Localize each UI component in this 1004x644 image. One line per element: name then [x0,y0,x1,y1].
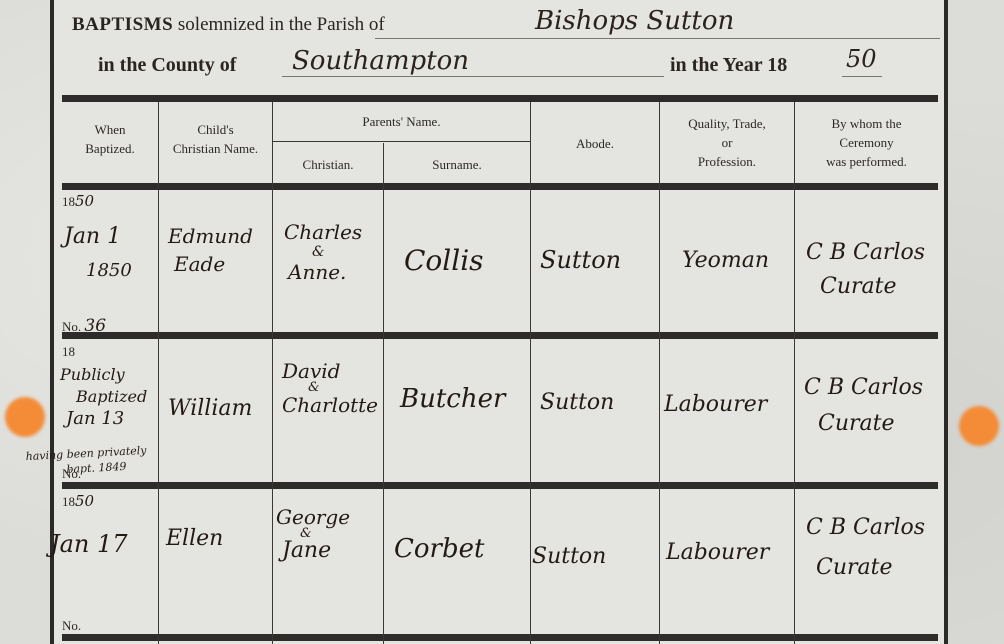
parents-divider [272,141,530,142]
entry-1-parents-christian: Charles & Anne. [284,222,362,282]
baptisms-label: BAPTISMS [72,14,173,35]
header-abode: Abode. [531,134,659,153]
entry-2-surname: Butcher [400,384,505,414]
year-label: in the Year 18 [670,54,787,76]
entry-3-surname: Corbet [394,534,484,564]
entry-1-abode: Sutton [540,246,621,274]
right-orange-marker [959,406,999,446]
entry-2-child-name: William [168,396,252,421]
col-divider-3 [383,143,384,644]
rule-top [62,95,938,102]
rule-entry-2 [62,482,938,489]
year-field: 50 [842,46,882,77]
entry-3-number: No. [62,618,81,634]
heading-line-2: in the County of [98,54,236,77]
entry-2-parents-christian: David & Charlotte [282,360,378,416]
header-by-whom: By whom the Ceremony was performed. [795,114,938,171]
entry-1-year: 1850 [62,192,94,210]
entry-2-date: Publicly Baptized Jan 13 [60,364,147,430]
entry-3-quality: Labourer [666,540,769,565]
county-label: in the County of [98,54,236,76]
entry-2-quality: Labourer [664,392,767,417]
parish-field: Bishops Sutton [375,6,940,39]
entry-1-number: No. 36 [62,316,106,336]
header-parents-surname: Surname. [384,155,530,174]
county-value: Southampton [292,48,469,74]
entry-1-date: Jan 1 1850 [64,220,132,288]
entry-2-note: having been privately bapt. 1849 [25,443,147,479]
col-divider-4 [530,102,531,644]
header-when: When Baptized. [62,120,158,158]
header-quality: Quality, Trade, or Profession. [660,114,794,171]
entry-1-surname: Collis [404,244,484,277]
left-orange-marker [5,397,45,437]
entry-3-parents-christian: George & Jane [276,506,350,562]
year-label-wrap: in the Year 18 [670,54,787,77]
entry-2-abode: Sutton [540,390,614,415]
entry-2-year: 18 [62,344,75,360]
entry-3-year: 1850 [62,492,94,510]
col-divider-1 [158,102,159,644]
header-parents: Parents' Name. [273,112,530,131]
entry-1-officiant: C B Carlos Curate [806,236,925,304]
entry-1-quality: Yeoman [682,248,769,273]
entry-2-officiant: C B Carlos Curate [804,370,923,442]
solemnized-text: solemnized in the Parish of [178,14,385,35]
entry-3-date: Jan 17 [50,530,128,558]
rule-entry-1 [62,332,938,339]
col-divider-5 [659,102,660,644]
entry-3-child-name: Ellen [166,526,223,551]
entry-2-number: No. [62,466,81,482]
rule-entry-3 [62,634,938,641]
header-child-name: Child's Christian Name. [159,120,272,158]
col-divider-6 [794,102,795,644]
entry-1-child-name: Edmund Eade [168,222,253,278]
rule-header-bottom [62,183,938,190]
parish-value: Bishops Sutton [535,8,734,34]
county-field: Southampton [282,46,664,77]
col-divider-2 [272,102,273,644]
entry-3-officiant: C B Carlos Curate [806,508,925,588]
year-value: 50 [846,46,877,72]
header-parents-christian: Christian. [273,155,383,174]
heading-line-1: BAPTISMS solemnized in the Parish of [72,14,385,36]
entry-3-abode: Sutton [532,544,606,569]
register-scan: BAPTISMS solemnized in the Parish of Bis… [0,0,1004,644]
